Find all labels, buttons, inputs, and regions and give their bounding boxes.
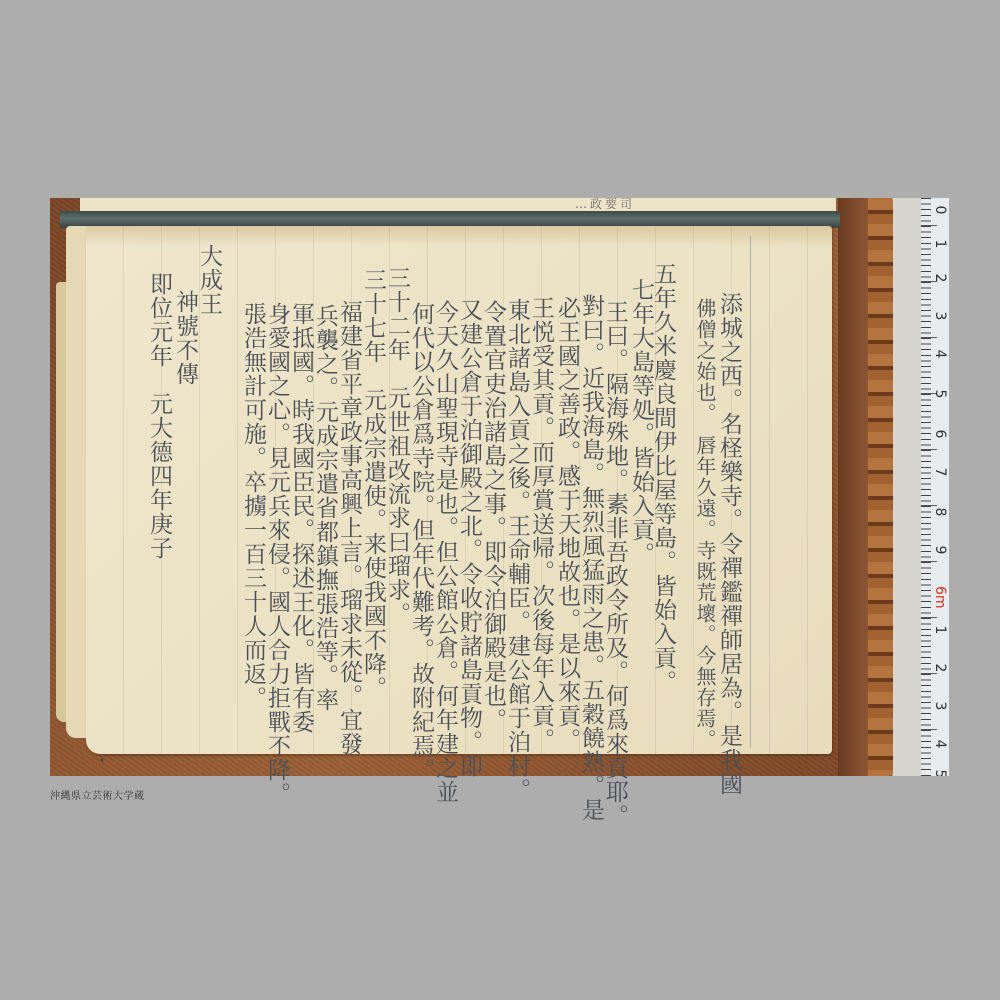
manuscript-column: 七年大島等処。皆始入貢。 bbox=[628, 278, 654, 566]
manuscript-column: 三十二年 元世祖改流求曰瑠求。 bbox=[384, 266, 410, 626]
page-corner-mark: ‹ bbox=[100, 753, 104, 766]
ruler-label-accent: 6m bbox=[932, 586, 948, 602]
manuscript-column: 三十七年 元成宗遣使。来使我國不降。 bbox=[360, 268, 386, 700]
leather-lacing-binding bbox=[838, 198, 894, 776]
measurement-ruler: 0 1 2 3 4 5 6 7 8 9 6m 1 2 3 4 5 bbox=[921, 198, 949, 776]
manuscript-column: 令置官吏治諸島之事。即令泊御殿是也。 bbox=[480, 300, 506, 732]
manuscript-column: 東北諸島入貢之後。王命輔臣。建公館于泊村。 bbox=[504, 298, 530, 802]
manuscript-column: 對曰。近我海島。無烈風猛雨之患。五穀饒熟。是 bbox=[578, 294, 604, 822]
manuscript-column: 今天久山聖現寺是也。但公館公倉。何年建之並 bbox=[432, 300, 458, 804]
ruler-label: 7 bbox=[932, 464, 948, 480]
manuscript-column: 福建省平章政事高興上言。瑠求未從。宜發 bbox=[336, 300, 362, 756]
ruler-label: 8 bbox=[932, 504, 948, 520]
ruler-label: 2 bbox=[932, 270, 948, 286]
manuscript-column: 身愛國之心。見元兵來侵。國人合力拒戰不降。 bbox=[264, 302, 290, 806]
ruler-label: 2 bbox=[932, 660, 948, 676]
king-name-heading: 大成王 bbox=[196, 244, 222, 316]
collection-credit: 沖縄県立芸術大学蔵 bbox=[50, 787, 145, 802]
manuscript-column: 佛僧之始也。 唇年久遠。寺既荒壞。今無存焉。 bbox=[692, 298, 718, 750]
manuscript-column: 神號不傳 bbox=[172, 290, 198, 386]
manuscript-column: 張浩無計可施。卒擄一百三十人而返。 bbox=[240, 302, 266, 710]
manuscript-column: 必王國之善政。感于天地故也。是以來貢。 bbox=[554, 296, 580, 752]
manuscript-column: 軍抵國。時我國臣民。探述王化。皆有委 bbox=[288, 302, 314, 734]
ruler-label: 3 bbox=[932, 698, 948, 714]
manuscript-column: 王曰。隔海殊地。素非吾政令所及。何爲來貢耶。 bbox=[602, 300, 628, 828]
photo-stage: 0 1 2 3 4 5 6 7 8 9 6m 1 2 3 4 5 …政要司 添城… bbox=[0, 0, 1000, 1000]
ruler-label: 1 bbox=[932, 236, 948, 252]
manuscript-column: 又建公倉于泊御殿之北。令收貯諸島貢物。即 bbox=[456, 298, 482, 778]
ruler-label: 1 bbox=[932, 622, 948, 638]
manuscript-column: 添城之西。名柽樂寺。令禪鑑禪師居為。是我國 bbox=[716, 292, 742, 796]
ruler-label: 9 bbox=[932, 542, 948, 558]
water-stain bbox=[86, 226, 832, 246]
manuscript-column: 何代以公倉爲寺院。但年代難考。故附紀焉。 bbox=[408, 302, 434, 782]
manuscript-column: 即位元年 元大德四年庚子 bbox=[146, 272, 172, 560]
manuscript-column: 王悦受其貢。而厚賞送帰。次後每年入貢。 bbox=[528, 296, 554, 752]
ruler-label: 0 bbox=[932, 202, 948, 218]
previous-page-edge bbox=[80, 198, 836, 212]
ruler-label: 6 bbox=[932, 426, 948, 442]
ruler-label: 4 bbox=[932, 736, 948, 752]
ruler-label: 3 bbox=[932, 308, 948, 324]
page-margin-rule bbox=[750, 236, 751, 748]
ruler-label: 5 bbox=[932, 766, 948, 776]
ruler-label: 4 bbox=[932, 346, 948, 362]
ruler-backdrop bbox=[893, 198, 921, 776]
previous-page-text-fragment: …政要司 bbox=[575, 198, 635, 210]
manuscript-column: 兵襲之。元成宗遣省都鎮撫張浩等。率 bbox=[312, 304, 338, 712]
ruler-label: 5 bbox=[932, 386, 948, 402]
